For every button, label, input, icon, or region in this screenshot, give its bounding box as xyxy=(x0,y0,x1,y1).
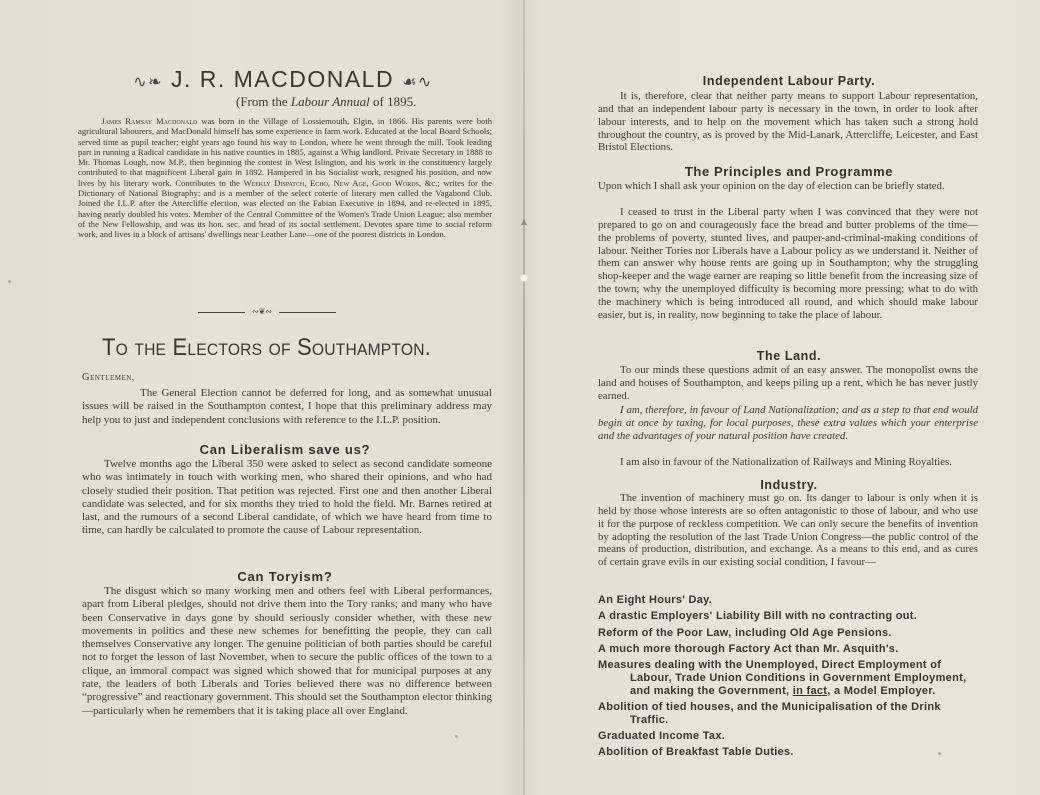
land-paragraph: To our minds these questions admit of an… xyxy=(598,364,978,403)
center-fold xyxy=(523,0,525,795)
profile-source: (From the Labour Annual of 1895. xyxy=(236,94,416,110)
paper-speck xyxy=(455,735,458,738)
emphasis-in-fact: in fact, xyxy=(793,685,831,697)
programme-item: Abolition of Breakfast Table Duties. xyxy=(598,746,978,759)
principles-paragraph: I ceased to trust in the Liberal party w… xyxy=(598,206,978,322)
liberalism-paragraph: Twelve months ago the Liberal 350 were a… xyxy=(82,458,492,538)
ornament-right-icon: ☙∿ xyxy=(402,74,433,91)
address-title: To the Electors of Southampton. xyxy=(102,334,452,362)
ornamental-divider: ∾❦∾ xyxy=(198,308,336,316)
programme-item: Abolition of tied houses, and the Munici… xyxy=(598,701,978,727)
heading-land: The Land. xyxy=(598,349,980,363)
land-nationalization-paragraph: I am, therefore, in favour of Land Natio… xyxy=(598,404,978,443)
ilp-paragraph: It is, therefore, clear that neither par… xyxy=(598,90,978,154)
salutation: Gentlemen, xyxy=(82,372,135,383)
source-suffix: of 1895. xyxy=(370,94,417,109)
profile-name: J. R. MACDONALD xyxy=(171,66,394,92)
industry-paragraph: The invention of machinery must go on. I… xyxy=(598,492,978,569)
source-prefix: (From the xyxy=(236,94,291,109)
industry-text: The invention of machinery must go on. I… xyxy=(598,492,978,568)
programme-list: An Eight Hours' Day. A drastic Employers… xyxy=(598,594,978,763)
biography-text: James Ramsay Macdonald was born in the V… xyxy=(78,116,492,240)
programme-item-unemployed: Measures dealing with the Unemployed, Di… xyxy=(598,659,978,697)
programme-item: A much more thorough Factory Act than Mr… xyxy=(598,643,978,656)
divider-ornament-icon: ∾❦∾ xyxy=(245,308,279,316)
land-text: To our minds these questions admit of an… xyxy=(598,364,978,402)
unemployed-tail: a Model Employer. xyxy=(831,685,936,697)
programme-item: Graduated Income Tax. xyxy=(598,730,978,743)
liberalism-text: Twelve months ago the Liberal 350 were a… xyxy=(82,458,492,536)
programme-item: A drastic Employers' Liability Bill with… xyxy=(598,610,978,623)
intro-text: The General Election cannot be deferred … xyxy=(82,387,492,426)
principles-intro: Upon which I shall ask your opinion on t… xyxy=(598,180,978,193)
heading-industry: Industry. xyxy=(598,478,980,492)
document-spread: ∿❧ J. R. MACDONALD ☙∿ (From the Labour A… xyxy=(0,0,1040,795)
intro-paragraph: The General Election cannot be deferred … xyxy=(82,387,492,427)
fold-hole xyxy=(519,270,529,280)
principles-text: I ceased to trust in the Liberal party w… xyxy=(598,206,978,321)
programme-item: An Eight Hours' Day. xyxy=(598,594,978,607)
railways-paragraph: I am also in favour of the Nationalizati… xyxy=(598,456,978,469)
heading-toryism: Can Toryism? xyxy=(78,569,492,584)
land-nationalization-text: I am, therefore, in favour of Land Natio… xyxy=(598,404,978,442)
ornament-left-icon: ∿❧ xyxy=(133,74,163,91)
toryism-paragraph: The disgust which so many working men an… xyxy=(82,585,492,718)
heading-ilp: Independent Labour Party. xyxy=(598,74,980,88)
bio-publications: Weekly Dispatch, Echo, New Age, Good Wor… xyxy=(243,178,418,188)
programme-item: Reform of the Poor Law, including Old Ag… xyxy=(598,627,978,640)
bio-name: James Ramsay Macdonald xyxy=(101,116,197,126)
heading-principles: The Principles and Programme xyxy=(598,164,980,179)
profile-title: ∿❧ J. R. MACDONALD ☙∿ xyxy=(118,66,448,93)
paper-speck xyxy=(8,280,11,283)
toryism-text: The disgust which so many working men an… xyxy=(82,585,492,717)
fold-mark xyxy=(519,214,529,224)
heading-liberalism: Can Liberalism save us? xyxy=(78,442,492,457)
railways-text: I am also in favour of the Nationalizati… xyxy=(620,456,952,468)
paper-speck xyxy=(938,752,941,755)
ilp-text: It is, therefore, clear that neither par… xyxy=(598,90,978,153)
source-title: Labour Annual xyxy=(291,94,370,109)
